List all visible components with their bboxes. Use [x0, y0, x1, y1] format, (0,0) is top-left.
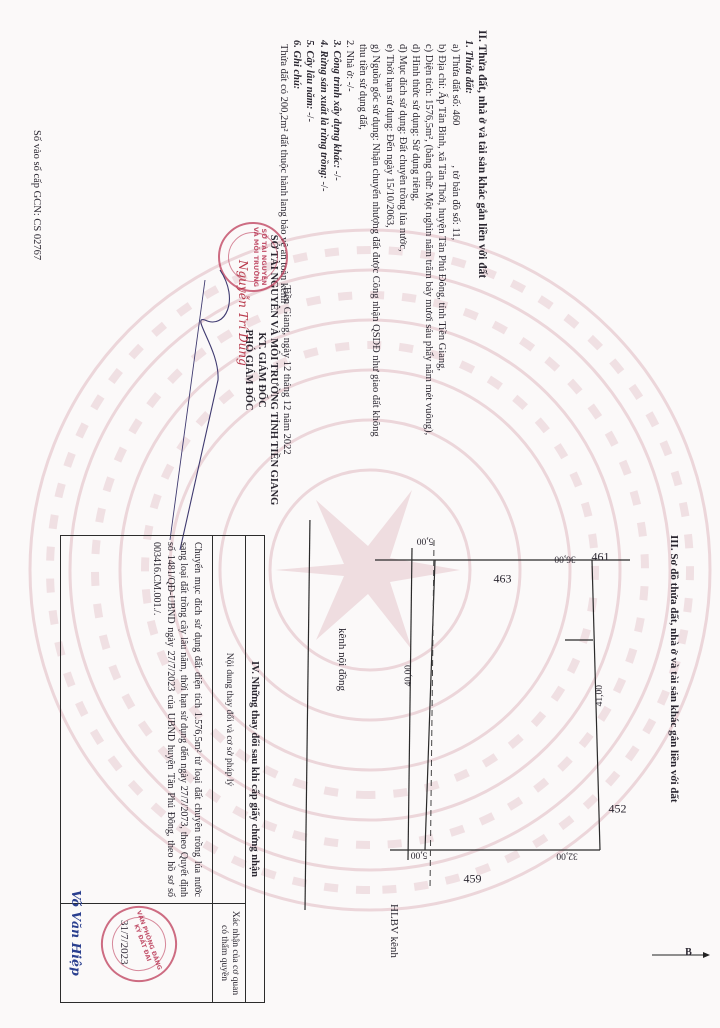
place-date: Tiền Giang, ngày 12 tháng 12 năm 2022 — [280, 240, 293, 500]
house-label: 2. Nhà ở: — [344, 40, 355, 79]
forest-label: 4. Rừng sản xuất là rừng trồng: — [318, 40, 329, 179]
usage-term-line: e) Thời hạn sử dụng: Đến ngày 15/10/2063… — [382, 30, 395, 530]
north-arrow-icon — [650, 945, 710, 965]
dim-bottom: 40,00 — [404, 665, 414, 686]
confirm-date: 31/7/2023 — [118, 920, 130, 965]
dim-top-right: 41,00 — [595, 685, 605, 706]
north-label: B — [685, 947, 692, 958]
issuer-signature-scribble — [160, 260, 280, 560]
section-land-info: II. Thửa đất, nhà ở và tài sản khác gắn … — [277, 30, 488, 530]
section-4-title: IV. Những thay đổi sau khi cấp giấy chứn… — [246, 536, 265, 1003]
dim-right-bottom: 32,00 — [556, 851, 577, 861]
construction-label: 3. Công trình xây dựng khác: — [331, 40, 342, 168]
parcel-diagram — [280, 520, 640, 960]
origin-line: g) Nguồn gốc sử dụng: Nhận chuyển nhượng… — [369, 30, 382, 530]
confirm-signer-name: Võ Văn Hiệp — [69, 890, 84, 976]
section-3-title: III. Sơ đồ thửa đất, nhà ở và tài sản kh… — [668, 535, 680, 803]
certificate-registry-number: Số vào sổ cấp GCN: CS 02767 — [31, 130, 42, 260]
neighbor-452: 452 — [609, 802, 627, 817]
section-2-title: II. Thửa đất, nhà ở và tài sản khác gắn … — [475, 30, 488, 530]
area-line: c) Diện tích: 1576,5m², (bằng chữ: Một n… — [422, 30, 435, 530]
change-content: Chuyển mục đích sử dụng đất diện tích 1.… — [61, 536, 213, 904]
construction-line: 3. Công trình xây dựng khác: -/- — [330, 30, 343, 530]
canal-label: kênh nội đồng — [336, 628, 348, 691]
parcel-number: a) Thửa đất số: 460 — [450, 44, 461, 125]
neighbor-461: 461 — [592, 550, 610, 565]
usage-form-line: d) Hình thức sử dụng: Sử dụng riêng, — [409, 30, 422, 530]
house-line: 2. Nhà ở: -/- — [343, 30, 356, 530]
origin-line-continued: thu tiền sử dụng đất, — [356, 30, 369, 530]
neighbor-459: 459 — [464, 872, 482, 887]
issuer-signer-name: Nguyễn Trí Dũng — [236, 260, 250, 366]
column-header-content: Nội dung thay đổi và cơ sở pháp lý — [213, 536, 246, 904]
buffer-line-label: HLBV kênh — [388, 904, 400, 958]
house-value: -/- — [344, 79, 355, 92]
forest-line: 4. Rừng sản xuất là rừng trồng: -/- — [316, 30, 329, 530]
dim-buffer-right: 5,00 — [411, 849, 428, 859]
land-subtitle: 1. Thửa đất: — [462, 30, 475, 530]
construction-value: -/- — [331, 168, 342, 181]
perennial-line: 5. Cây lâu năm: -/- — [303, 30, 316, 530]
perennial-value: -/- — [304, 109, 315, 122]
perennial-label: 5. Cây lâu năm: — [304, 40, 315, 109]
address-line: b) Địa chỉ: Ấp Tân Bình, xã Tân Thới, hu… — [435, 30, 448, 530]
neighbor-463: 463 — [494, 572, 512, 587]
usage-purpose-line: đ) Mục đích sử dụng: Đất chuyên trồng lú… — [396, 30, 409, 530]
column-header-confirm: Xác nhận của cơ quan có thẩm quyền — [213, 904, 246, 1003]
dim-left-top: 36,00 — [554, 554, 575, 564]
land-certificate-page: II. Thửa đất, nhà ở và tài sản khác gắn … — [0, 0, 720, 1028]
parcel-number-line: a) Thửa đất số: 460, tờ bản đồ số: 11, — [448, 30, 461, 530]
map-sheet-number: , tờ bản đồ số: 11, — [450, 165, 461, 240]
forest-value: -/- — [318, 179, 329, 192]
dim-buffer-left: 5,00 — [417, 535, 434, 545]
